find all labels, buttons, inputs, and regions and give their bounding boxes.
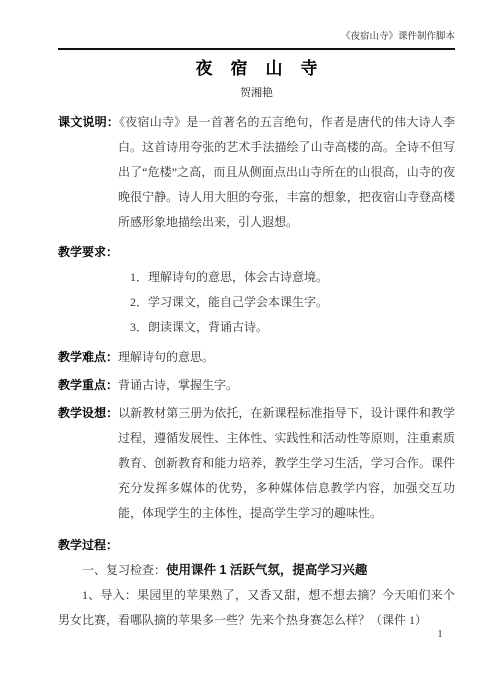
section-text-concept: 教学设想：以新教材第三册为依托，在新课程标准指导下，设计课件和教学过程，遵循发展…: [58, 401, 455, 526]
section-text-difficulty: 教学难点：理解诗句的意思。: [58, 345, 455, 370]
requirement-item: 2．学习课文，能自己学会本课生字。: [130, 290, 455, 315]
section-content-focus: 背诵古诗，掌握生字。: [118, 378, 238, 392]
section-label-focus: 教学重点：: [58, 378, 118, 392]
header-text: 《夜宿山寺》课件制作脚本: [341, 32, 455, 42]
section-content-description: 《夜宿山寺》是一首著名的五言绝句，作者是唐代的伟大诗人李白。这首诗用夸张的艺术手…: [118, 115, 455, 229]
intro-paragraph: 1、导入：果园里的苹果熟了，又香又甜，想不想去摘？今天咱们来个男女比赛，看哪队摘…: [58, 583, 455, 633]
requirements-list: 1．理解诗句的意思，体会古诗意境。 2．学习课文，能自己学会本课生字。 3．朗读…: [58, 265, 455, 340]
step-one-highlight: 使用课件 1 活跃气氛，提高学习兴趣: [166, 563, 367, 577]
section-label-process: 教学过程：: [58, 533, 455, 558]
section-content-concept: 以新教材第三册为依托，在新课程标准指导下，设计课件和教学过程，遵循发展性、主体性…: [118, 406, 455, 520]
section-text-focus: 教学重点：背诵古诗，掌握生字。: [58, 373, 455, 398]
section-label-difficulty: 教学难点：: [58, 350, 118, 364]
section-label-requirements: 教学要求：: [58, 240, 455, 265]
section-text-description: 课文说明：《夜宿山寺》是一首著名的五言绝句，作者是唐代的伟大诗人李白。这首诗用夸…: [58, 110, 455, 235]
document-body: 课文说明：《夜宿山寺》是一首著名的五言绝句，作者是唐代的伟大诗人李白。这首诗用夸…: [58, 110, 455, 633]
section-content-difficulty: 理解诗句的意思。: [118, 350, 214, 364]
section-label-description: 课文说明：: [58, 115, 119, 129]
page-title: 夜宿山寺: [58, 59, 455, 79]
requirement-item: 1．理解诗句的意思，体会古诗意境。: [130, 265, 455, 290]
section-label-concept: 教学设想：: [58, 406, 118, 420]
requirement-item: 3．朗读课文，背诵古诗。: [130, 315, 455, 340]
author-name: 贺湘艳: [58, 87, 455, 100]
document-page: 《夜宿山寺》课件制作脚本 夜宿山寺 贺湘艳 课文说明：《夜宿山寺》是一首著名的五…: [0, 0, 499, 691]
page-header: 《夜宿山寺》课件制作脚本: [58, 0, 455, 50]
step-one-prefix: 一、复习检查：: [82, 563, 166, 577]
page-number: 1: [433, 629, 447, 640]
process-step-one: 一、复习检查：使用课件 1 活跃气氛，提高学习兴趣: [58, 558, 455, 583]
document-content: 《夜宿山寺》课件制作脚本 夜宿山寺 贺湘艳 课文说明：《夜宿山寺》是一首著名的五…: [58, 0, 455, 633]
